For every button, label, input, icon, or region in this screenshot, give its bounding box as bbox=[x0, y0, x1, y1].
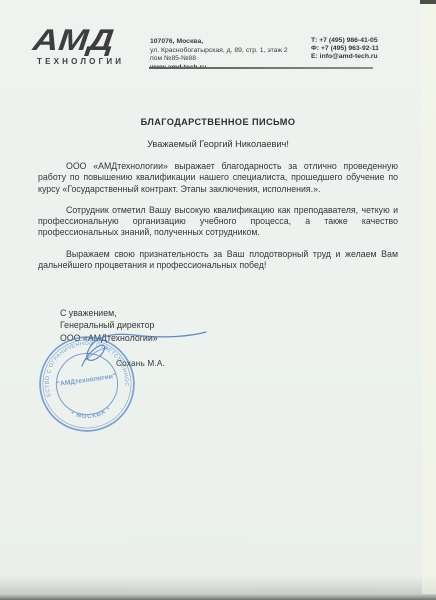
contact-phone: Т: +7 (495) 986-41-05 bbox=[311, 37, 431, 45]
signature-name: Сохань М.А. bbox=[116, 359, 165, 368]
header-divider bbox=[149, 67, 373, 69]
letter-title: БЛАГОДАРСТВЕННОЕ ПИСЬМО bbox=[0, 117, 436, 127]
address-street: ул. Краснобогатырская, д. 89, стр. 1, эт… bbox=[150, 47, 300, 64]
company-logo: АМД ТЕХНОЛОГИИ bbox=[33, 26, 143, 66]
signature-closing: С уважением, bbox=[60, 307, 158, 319]
director-signature bbox=[52, 324, 216, 376]
scanned-letter-page: АМД ТЕХНОЛОГИИ 107076, Москва, ул. Красн… bbox=[0, 0, 436, 600]
letter-paragraph: Выражаем свою признательность за Ваш пло… bbox=[38, 249, 398, 272]
letter-paragraph: Сотрудник отметил Вашу высокую квалифика… bbox=[38, 205, 398, 239]
contact-fax: Ф: +7 (495) 963-92-11 bbox=[311, 45, 431, 53]
letter-greeting: Уважаемый Георгий Николаевич! bbox=[0, 139, 436, 149]
scan-edge-strip bbox=[422, 0, 436, 594]
contact-email: E: info@amd-tech.ru bbox=[311, 53, 431, 61]
stamp-ring-bottom-text: • МОСКВА • bbox=[69, 405, 113, 423]
logo-wordmark: АМД bbox=[31, 26, 164, 56]
company-contacts: Т: +7 (495) 986-41-05 Ф: +7 (495) 963-92… bbox=[311, 37, 431, 62]
scan-corner-artifact bbox=[420, 0, 436, 4]
logo-subtitle: ТЕХНОЛОГИИ bbox=[33, 57, 143, 66]
letter-paragraph: ООО «АМДтехнологии» выражает благодарнос… bbox=[38, 161, 398, 195]
letter-body: ООО «АМДтехнологии» выражает благодарнос… bbox=[38, 161, 398, 281]
address-zip-city: 107076, Москва, bbox=[150, 38, 300, 47]
